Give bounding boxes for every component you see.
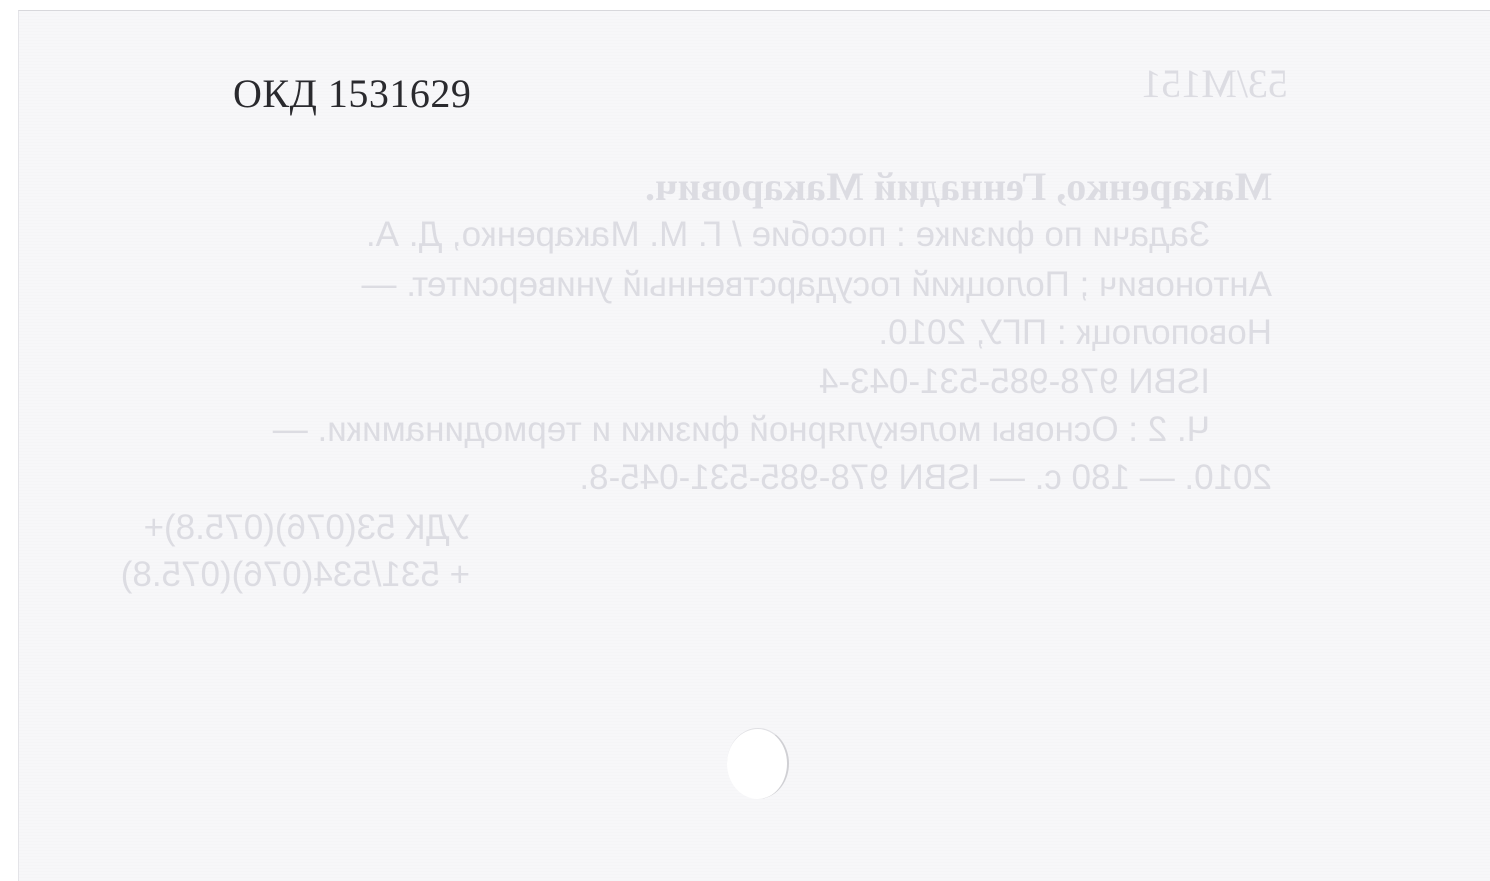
punch-hole — [727, 728, 789, 799]
card-code-label: ОКД 1531629 — [233, 70, 471, 117]
scanned-page: 53/М151 Макаренко, Геннадий Макарович. З… — [0, 0, 1490, 881]
